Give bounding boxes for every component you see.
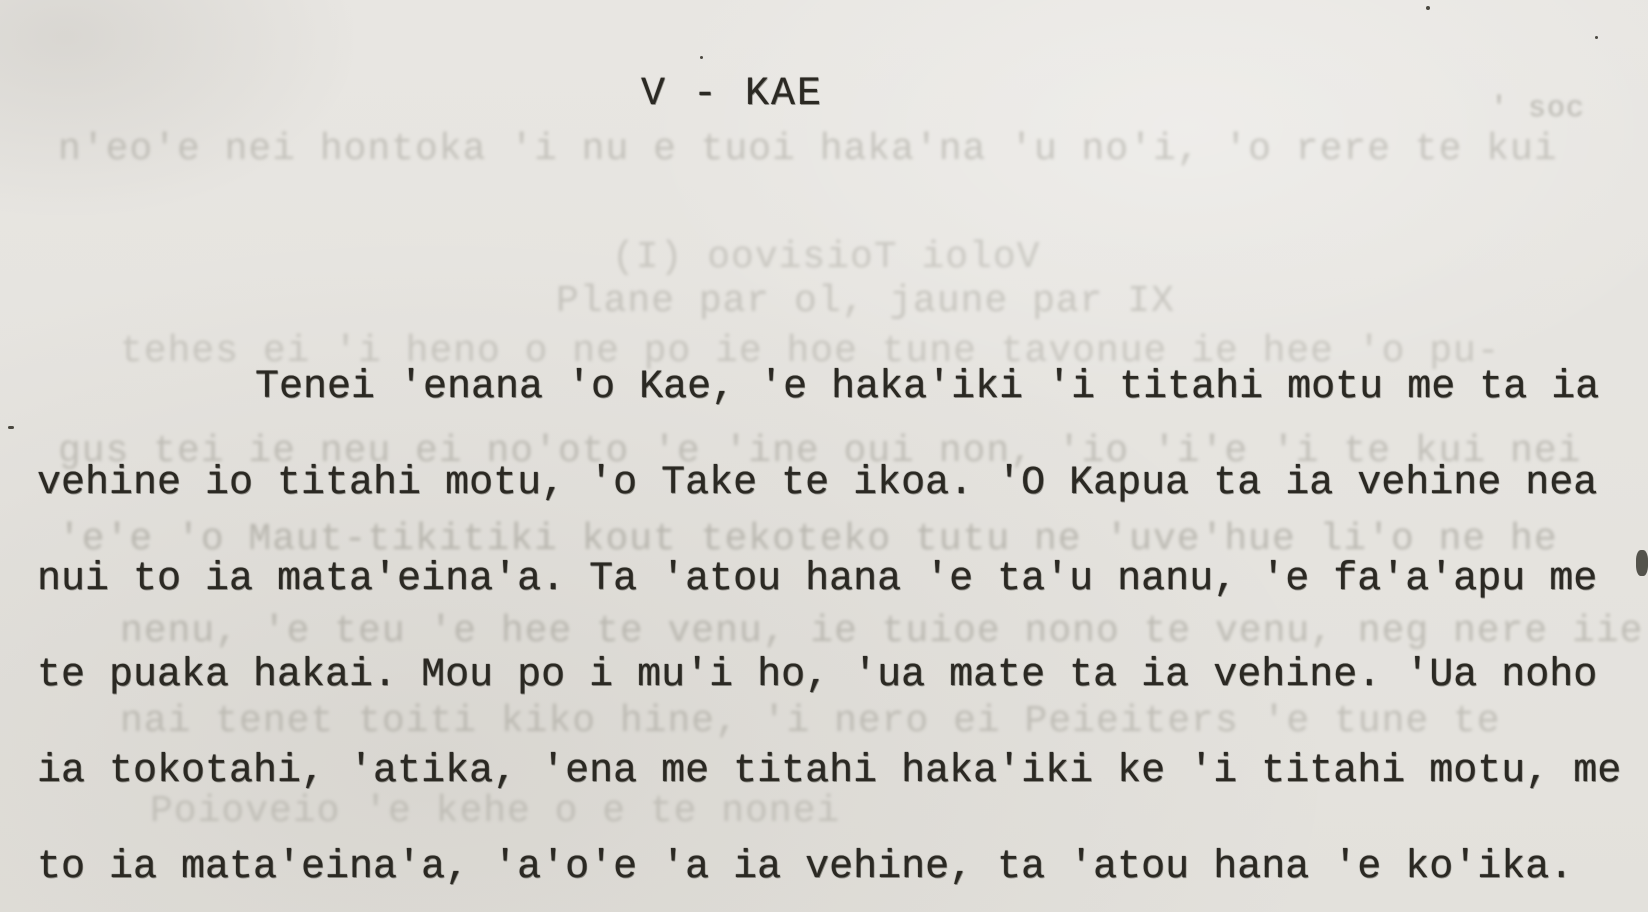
page-title: V - KAE <box>0 72 1464 117</box>
scanned-document-page: ' soc n'eo'e nei hontoka 'i nu e tuoi ha… <box>0 0 1648 912</box>
text-line: Tenei 'enana 'o Kae, 'e haka'iki 'i tita… <box>37 340 1648 436</box>
text-line: to ia mata'eina'a, 'a'o'e 'a ia vehine, … <box>37 820 1648 912</box>
bleedthrough-line: ' soc <box>1490 92 1585 126</box>
bleedthrough-line: Plane par ol, jaune par IX <box>556 280 1175 323</box>
text-line: nui to ia mata'eina'a. Ta 'atou hana 'e … <box>37 532 1648 628</box>
ink-smudge <box>1636 550 1648 576</box>
text-line: te puaka hakai. Mou po i mu'i ho, 'ua ma… <box>37 628 1648 724</box>
ink-speck <box>1426 6 1430 10</box>
ink-speck <box>1595 36 1598 39</box>
ink-speck <box>8 426 14 429</box>
bleedthrough-line: n'eo'e nei hontoka 'i nu e tuoi haka'na … <box>58 128 1558 171</box>
story-paragraph: Tenei 'enana 'o Kae, 'e haka'iki 'i tita… <box>37 340 1648 912</box>
text-line: vehine io titahi motu, 'o Take te ikoa. … <box>37 436 1648 532</box>
ink-speck <box>700 56 703 59</box>
bleedthrough-line: (I) oovisioT ioloV <box>612 236 1040 279</box>
text-line: ia tokotahi, 'atika, 'ena me titahi haka… <box>37 724 1648 820</box>
